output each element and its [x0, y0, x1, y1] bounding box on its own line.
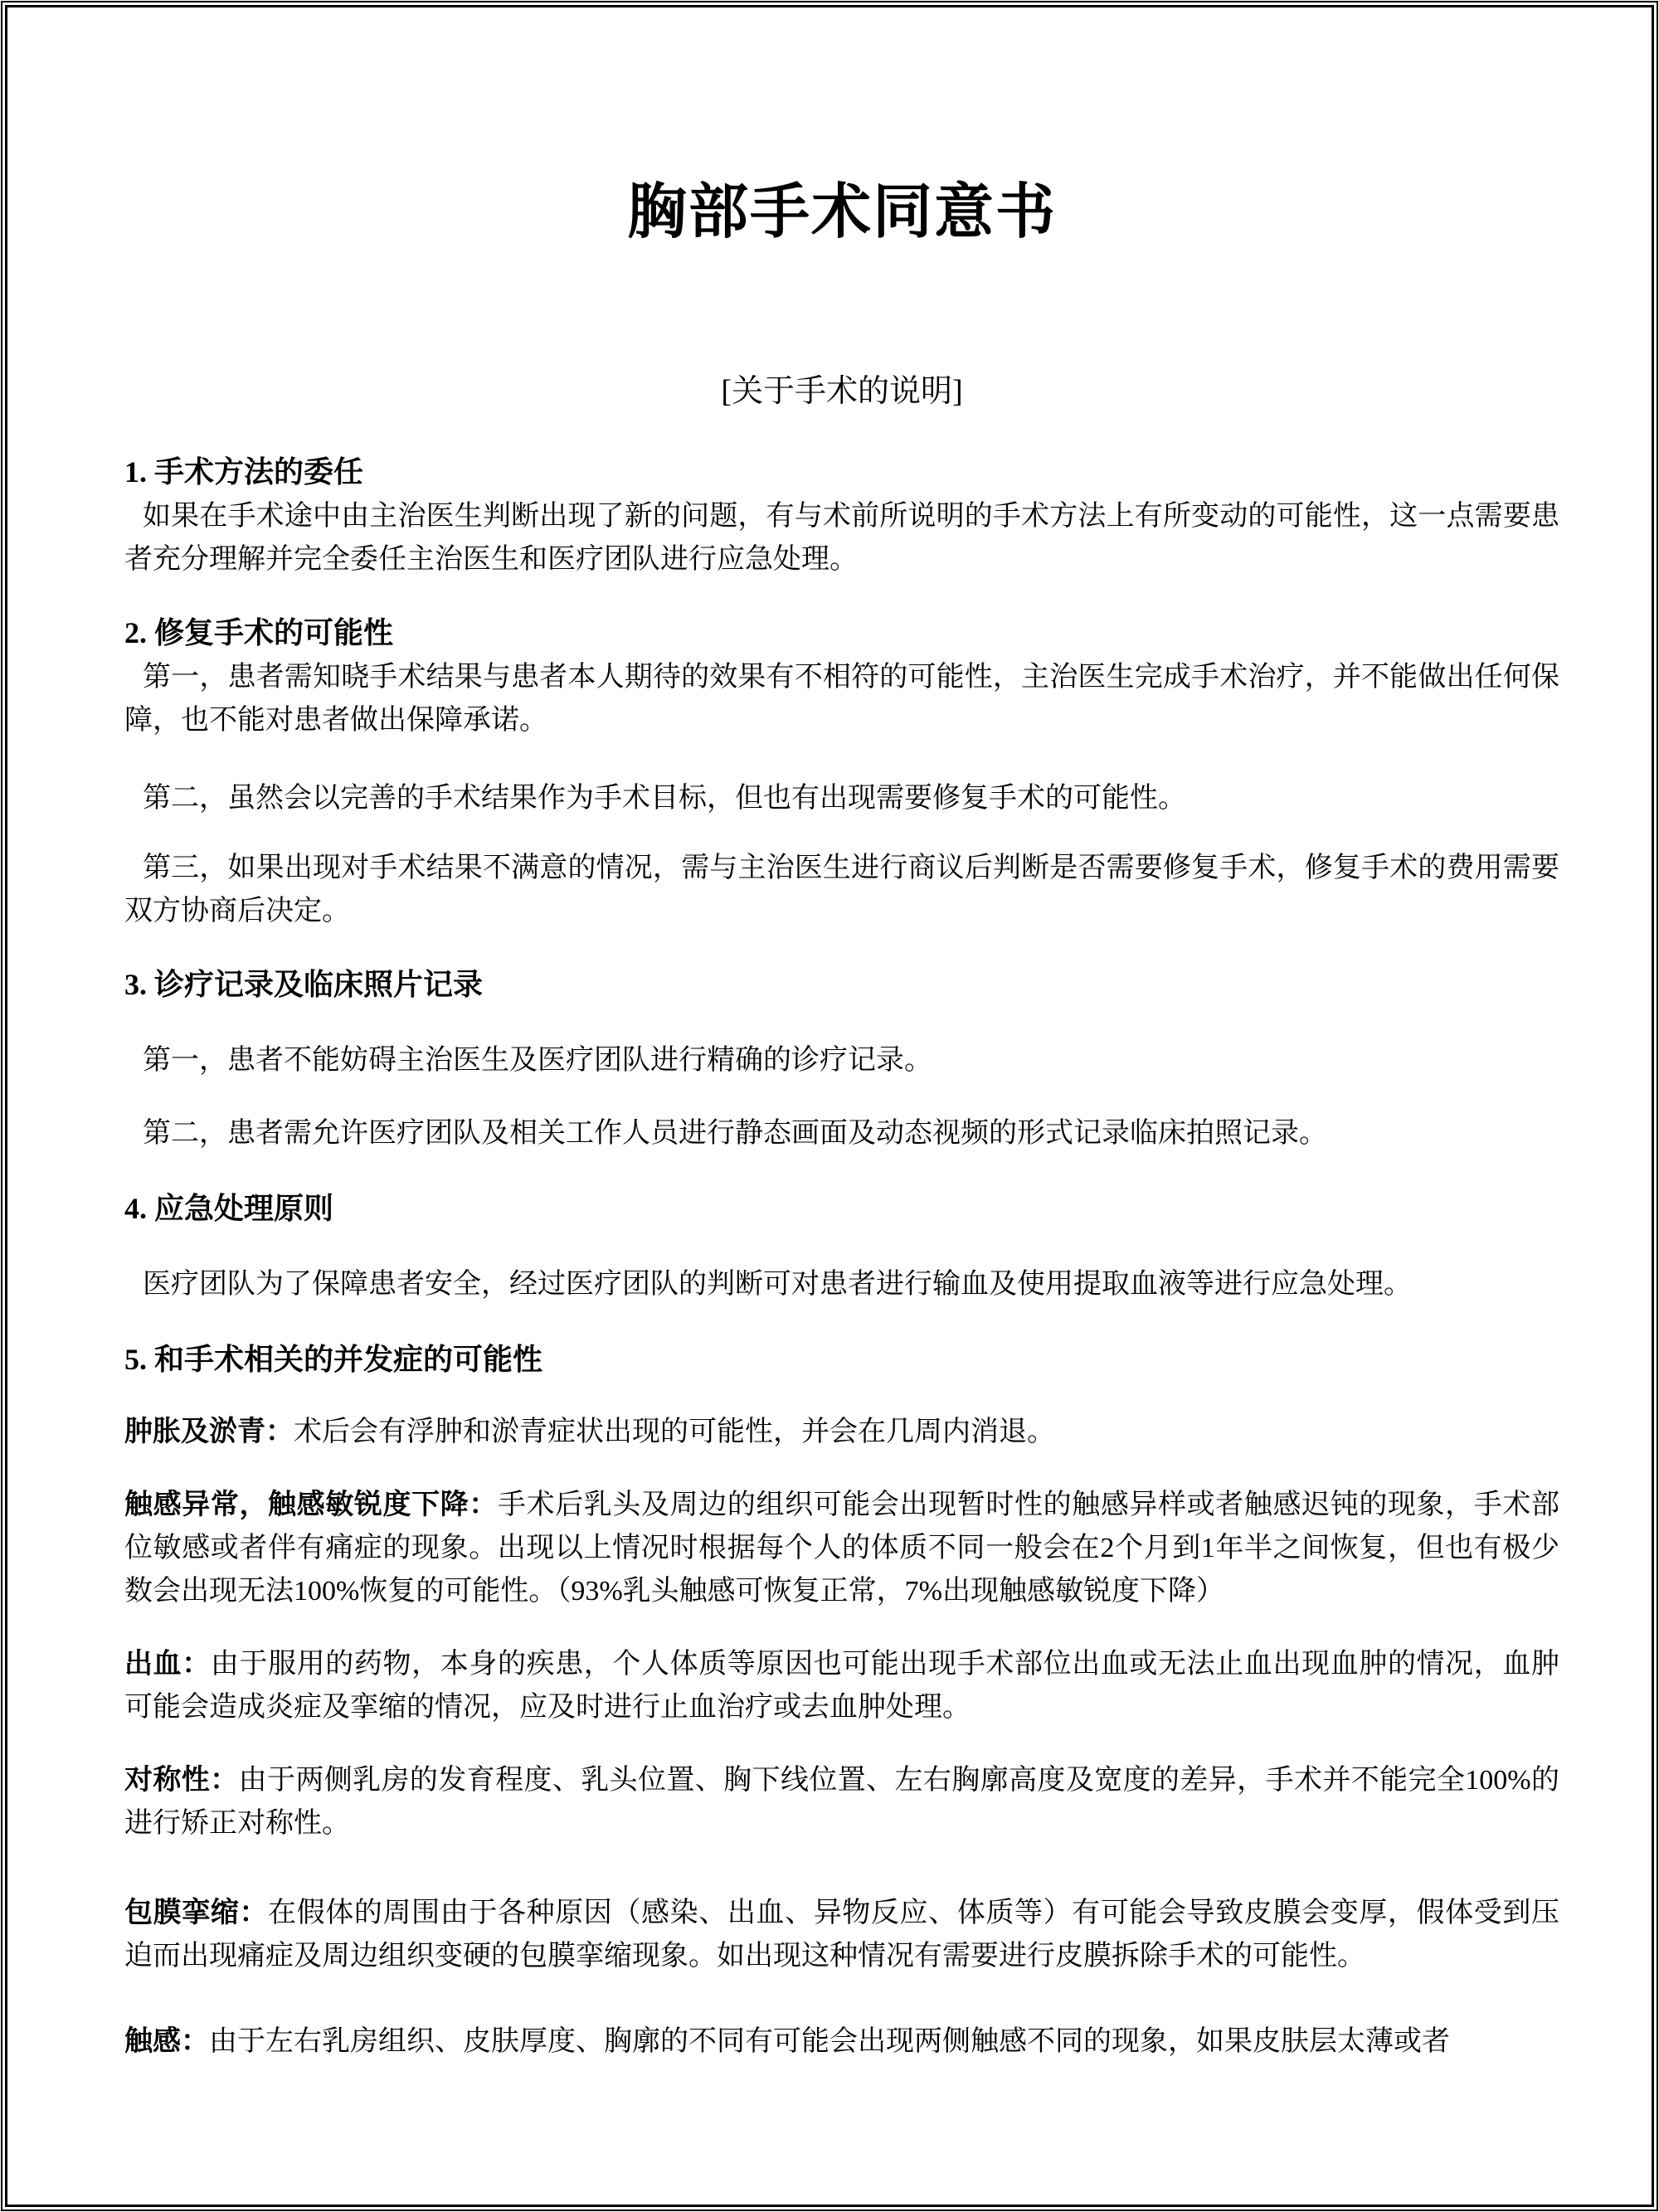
complication-item-touch-text: 由于左右乳房组织、皮肤厚度、胸廓的不同有可能会出现两侧触感不同的现象，如果皮肤层… — [209, 2026, 1450, 2057]
section-2-paragraph-1: 第一，患者需知晓手术结果与患者本人期待的效果有不相符的可能性，主治医生完成手术治… — [124, 656, 1559, 742]
consent-form-page: 胸部手术同意书 [关于手术的说明] 1. 手术方法的委任 如果在手术途中由主治医… — [0, 0, 1659, 2212]
section-heading-2: 2. 修复手术的可能性 — [124, 611, 1559, 654]
document-body: 胸部手术同意书 [关于手术的说明] 1. 手术方法的委任 如果在手术途中由主治医… — [124, 0, 1559, 2064]
complication-item-sensation-abnormal: 触感异常，触感敏锐度下降：手术后乳头及周边的组织可能会出现暂时性的触感异样或者触… — [124, 1484, 1559, 1613]
complication-item-capsular-contracture: 包膜挛缩：在假体的周围由于各种原因（感染、出血、异物反应、体质等）有可能会导致皮… — [124, 1892, 1559, 1978]
complication-item-symmetry-label: 对称性： — [124, 1765, 239, 1796]
complication-item-swelling-text: 术后会有浮肿和淤青症状出现的可能性，并会在几周内消退。 — [294, 1417, 1055, 1447]
section-2-paragraph-3: 第三，如果出现对手术结果不满意的情况，需与主治医生进行商议后判断是否需要修复手术… — [124, 847, 1559, 933]
section-heading-4: 4. 应急处理原则 — [124, 1187, 1559, 1230]
section-4-paragraph-1: 医疗团队为了保障患者安全，经过医疗团队的判断可对患者进行输血及使用提取血液等进行… — [124, 1263, 1559, 1306]
page-title: 胸部手术同意书 — [124, 178, 1559, 247]
section-1-paragraph-1: 如果在手术途中由主治医生判断出现了新的问题，有与术前所说明的手术方法上有所变动的… — [124, 495, 1559, 581]
complication-item-capsular-contracture-text: 在假体的周围由于各种原因（感染、出血、异物反应、体质等）有可能会导致皮膜会变厚，… — [124, 1898, 1559, 1971]
complication-item-swelling-label: 肿胀及淤青： — [124, 1417, 294, 1447]
complication-item-sensation-abnormal-label: 触感异常，触感敏锐度下降： — [124, 1490, 498, 1520]
complication-item-bleeding: 出血：由于服用的药物，本身的疾患，个人体质等原因也可能出现手术部位出血或无法止血… — [124, 1643, 1559, 1729]
section-3-paragraph-1: 第一，患者不能妨碍主治医生及医疗团队进行精确的诊疗记录。 — [124, 1039, 1559, 1082]
complication-item-symmetry-text: 由于两侧乳房的发育程度、乳头位置、胸下线位置、左右胸廓高度及宽度的差异，手术并不… — [124, 1765, 1559, 1839]
section-2-paragraph-2: 第二，虽然会以完善的手术结果作为手术目标，但也有出现需要修复手术的可能性。 — [124, 777, 1559, 820]
complication-item-bleeding-text: 由于服用的药物，本身的疾患，个人体质等原因也可能出现手术部位出血或无法止血出现血… — [124, 1649, 1559, 1723]
complication-item-bleeding-label: 出血： — [124, 1649, 211, 1680]
complication-item-swelling: 肿胀及淤青：术后会有浮肿和淤青症状出现的可能性，并会在几周内消退。 — [124, 1411, 1559, 1454]
complication-item-capsular-contracture-label: 包膜挛缩： — [124, 1898, 268, 1928]
complication-item-touch-label: 触感： — [124, 2026, 209, 2057]
section-heading-3: 3. 诊疗记录及临床照片记录 — [124, 963, 1559, 1006]
complication-item-symmetry: 对称性：由于两侧乳房的发育程度、乳头位置、胸下线位置、左右胸廓高度及宽度的差异，… — [124, 1759, 1559, 1845]
complication-item-touch: 触感：由于左右乳房组织、皮肤厚度、胸廓的不同有可能会出现两侧触感不同的现象，如果… — [124, 2020, 1559, 2064]
section-heading-1: 1. 手术方法的委任 — [124, 450, 1559, 493]
page-subtitle: [关于手术的说明] — [124, 370, 1559, 413]
section-3-paragraph-2: 第二，患者需允许医疗团队及相关工作人员进行静态画面及动态视频的形式记录临床拍照记… — [124, 1112, 1559, 1155]
section-heading-5: 5. 和手术相关的并发症的可能性 — [124, 1338, 1559, 1381]
